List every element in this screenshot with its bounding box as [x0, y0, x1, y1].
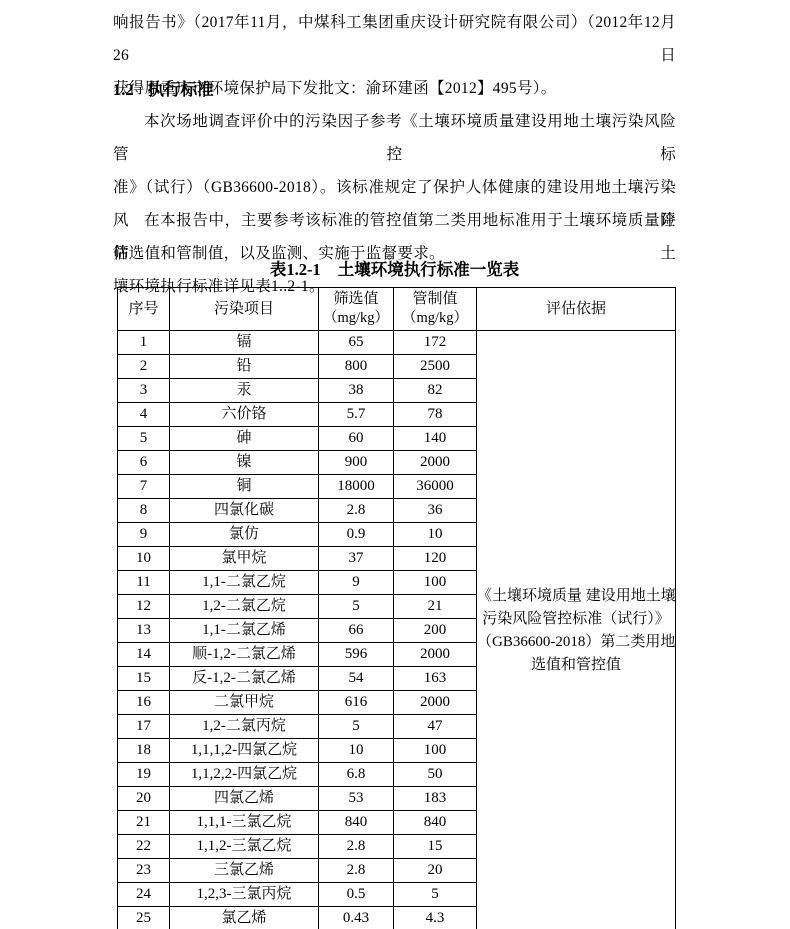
cell-screening: 616 [319, 691, 394, 715]
cell-pollutant: 二氯甲烷 [170, 691, 319, 715]
section-heading: 1.2执行标准 [113, 73, 214, 106]
cell-screening: 840 [319, 811, 394, 835]
cell-control: 100 [394, 571, 477, 595]
cell-screening: 800 [319, 355, 394, 379]
assessment-basis-cell: 《土壤环境质量 建设用地土壤污染风险管控标准（试行）》（GB36600-2018… [477, 331, 676, 929]
cell-pollutant: 砷 [170, 427, 319, 451]
cell-control: 2000 [394, 691, 477, 715]
cell-control: 20 [394, 859, 477, 883]
cell-screening: 37 [319, 547, 394, 571]
cell-pollutant: 1,1-二氯乙烯 [170, 619, 319, 643]
cell-pollutant: 氯仿 [170, 523, 319, 547]
cell-no: 5 [118, 427, 170, 451]
cell-control: 15 [394, 835, 477, 859]
cell-screening: 65 [319, 331, 394, 355]
cell-control: 120 [394, 547, 477, 571]
cell-screening: 53 [319, 787, 394, 811]
cell-no: 12 [118, 595, 170, 619]
cell-control: 2000 [394, 451, 477, 475]
cell-control: 21 [394, 595, 477, 619]
cell-no: 4 [118, 403, 170, 427]
cell-no: 25 [118, 907, 170, 929]
cell-no: 3 [118, 379, 170, 403]
basis-line: 选值和管控值 [477, 654, 675, 677]
cell-screening: 5 [319, 595, 394, 619]
cell-screening: 5 [319, 715, 394, 739]
cell-control: 172 [394, 331, 477, 355]
cell-pollutant: 1,1,2,2-四氯乙烷 [170, 763, 319, 787]
cell-control: 50 [394, 763, 477, 787]
table-title: 表1.2-1土壤环境执行标准一览表 [113, 257, 676, 283]
cell-pollutant: 镉 [170, 331, 319, 355]
header-control: 管制值（mg/kg） [394, 288, 477, 331]
cell-control: 200 [394, 619, 477, 643]
cell-control: 140 [394, 427, 477, 451]
table-row: 1镉65172《土壤环境质量 建设用地土壤污染风险管控标准（试行）》（GB366… [118, 331, 676, 355]
cell-screening: 2.8 [319, 835, 394, 859]
cell-no: 14 [118, 643, 170, 667]
basis-line: 污染风险管控标准（试行）》 [477, 608, 675, 631]
cell-pollutant: 顺-1,2-二氯乙烯 [170, 643, 319, 667]
cell-no: 24 [118, 883, 170, 907]
cell-pollutant: 六价铬 [170, 403, 319, 427]
cell-pollutant: 1,1,1,2-四氯乙烷 [170, 739, 319, 763]
cell-pollutant: 1,1,2-三氯乙烷 [170, 835, 319, 859]
cell-control: 2500 [394, 355, 477, 379]
table-number: 表1.2-1 [270, 260, 321, 279]
cell-control: 78 [394, 403, 477, 427]
cell-no: 10 [118, 547, 170, 571]
cell-screening: 66 [319, 619, 394, 643]
header-no: 序号 [118, 288, 170, 331]
cell-control: 36000 [394, 475, 477, 499]
cell-screening: 9 [319, 571, 394, 595]
basis-line: （GB36600-2018）第二类用地筛 [477, 631, 675, 654]
cell-no: 8 [118, 499, 170, 523]
document-page: 响报告书》（2017年11月，中煤科工集团重庆设计研究院有限公司）（2012年1… [0, 0, 790, 929]
cell-control: 163 [394, 667, 477, 691]
cell-screening: 0.43 [319, 907, 394, 929]
cell-no: 22 [118, 835, 170, 859]
paragraph-line: 本次场地调查评价中的污染因子参考《土壤环境质量建设用地土壤污染风险管控标 [113, 105, 676, 171]
cell-control: 10 [394, 523, 477, 547]
cell-no: 23 [118, 859, 170, 883]
cell-pollutant: 铅 [170, 355, 319, 379]
cell-pollutant: 1,2-二氯丙烷 [170, 715, 319, 739]
cell-screening: 38 [319, 379, 394, 403]
cell-pollutant: 氯乙烯 [170, 907, 319, 929]
cell-control: 183 [394, 787, 477, 811]
cell-screening: 2.8 [319, 859, 394, 883]
cell-no: 2 [118, 355, 170, 379]
cell-no: 9 [118, 523, 170, 547]
cell-no: 11 [118, 571, 170, 595]
table-header-row: 序号 污染项目 筛选值（mg/kg） 管制值（mg/kg） 评估依据 [118, 288, 676, 331]
cell-control: 47 [394, 715, 477, 739]
cell-screening: 2.8 [319, 499, 394, 523]
cell-control: 36 [394, 499, 477, 523]
basis-line: 《土壤环境质量 建设用地土壤 [477, 585, 675, 608]
standards-table-body: 1镉65172《土壤环境质量 建设用地土壤污染风险管控标准（试行）》（GB366… [118, 331, 676, 929]
cell-no: 20 [118, 787, 170, 811]
standards-table-head: 序号 污染项目 筛选值（mg/kg） 管制值（mg/kg） 评估依据 [118, 288, 676, 331]
cell-pollutant: 铜 [170, 475, 319, 499]
cell-pollutant: 1,1-二氯乙烷 [170, 571, 319, 595]
cell-screening: 0.5 [319, 883, 394, 907]
cell-screening: 5.7 [319, 403, 394, 427]
cell-control: 100 [394, 739, 477, 763]
cell-no: 6 [118, 451, 170, 475]
cell-no: 7 [118, 475, 170, 499]
cell-pollutant: 1,1,1-三氯乙烷 [170, 811, 319, 835]
cell-screening: 54 [319, 667, 394, 691]
cell-control: 4.3 [394, 907, 477, 929]
cell-pollutant: 反-1,2-二氯乙烯 [170, 667, 319, 691]
cell-pollutant: 1,2,3-三氯丙烷 [170, 883, 319, 907]
paragraph-line: 响报告书》（2017年11月，中煤科工集团重庆设计研究院有限公司）（2012年1… [113, 6, 676, 72]
cell-screening: 6.8 [319, 763, 394, 787]
standards-table: 序号 污染项目 筛选值（mg/kg） 管制值（mg/kg） 评估依据 1镉651… [117, 287, 676, 929]
cell-screening: 596 [319, 643, 394, 667]
cell-no: 18 [118, 739, 170, 763]
cell-pollutant: 镍 [170, 451, 319, 475]
cell-pollutant: 三氯乙烯 [170, 859, 319, 883]
cell-screening: 10 [319, 739, 394, 763]
cell-control: 5 [394, 883, 477, 907]
cell-control: 82 [394, 379, 477, 403]
cell-pollutant: 汞 [170, 379, 319, 403]
header-pollutant: 污染项目 [170, 288, 319, 331]
cell-no: 16 [118, 691, 170, 715]
cell-pollutant: 氯甲烷 [170, 547, 319, 571]
section-title: 执行标准 [148, 80, 214, 99]
cell-no: 1 [118, 331, 170, 355]
cell-screening: 60 [319, 427, 394, 451]
cell-no: 13 [118, 619, 170, 643]
cell-screening: 900 [319, 451, 394, 475]
section-number: 1.2 [113, 80, 134, 99]
cell-no: 21 [118, 811, 170, 835]
cell-no: 19 [118, 763, 170, 787]
cell-screening: 18000 [319, 475, 394, 499]
cell-pollutant: 四氯化碳 [170, 499, 319, 523]
cell-control: 2000 [394, 643, 477, 667]
cell-screening: 0.9 [319, 523, 394, 547]
cell-no: 17 [118, 715, 170, 739]
cell-pollutant: 1,2-二氯乙烷 [170, 595, 319, 619]
cell-no: 15 [118, 667, 170, 691]
header-basis: 评估依据 [477, 288, 676, 331]
cell-pollutant: 四氯乙烯 [170, 787, 319, 811]
table-title-text: 土壤环境执行标准一览表 [338, 260, 520, 279]
header-screening: 筛选值（mg/kg） [319, 288, 394, 331]
cell-control: 840 [394, 811, 477, 835]
